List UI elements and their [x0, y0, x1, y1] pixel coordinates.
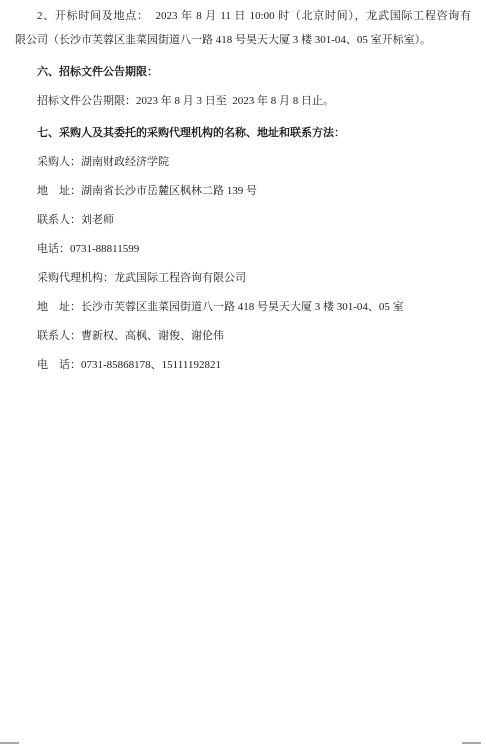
agency-address-line: 地 址：长沙市芙蓉区韭菜园街道八一路 418 号昊天大厦 3 楼 301-04、… — [15, 295, 471, 319]
purchaser-contact-line: 联系人：刘老师 — [15, 208, 471, 232]
section-heading-tender-notice-period: 六、招标文件公告期限： — [15, 60, 471, 84]
agency-phone-line: 电 话：0731-85868178、15111192821 — [15, 353, 471, 377]
agency-line: 采购代理机构：龙武国际工程咨询有限公司 — [15, 266, 471, 290]
document-page: 2、开标时间及地点： 2023 年 8 月 11 日 10:00 时（北京时间）… — [0, 0, 486, 744]
opening-time-line-2: 限公司（长沙市芙蓉区韭菜园街道八一路 418 号昊天大厦 3 楼 301-04、… — [15, 28, 471, 52]
opening-time-line-1: 2、开标时间及地点： 2023 年 8 月 11 日 10:00 时（北京时间）… — [15, 4, 471, 28]
purchaser-address-line: 地 址：湖南省长沙市岳麓区枫林二路 139 号 — [15, 179, 471, 203]
purchaser-line: 采购人：湖南财政经济学院 — [15, 150, 471, 174]
notice-period-line: 招标文件公告期限：2023 年 8 月 3 日至 2023 年 8 月 8 日止… — [15, 89, 471, 113]
purchaser-phone-line: 电话：0731-88811599 — [15, 237, 471, 261]
agency-contact-line: 联系人：曹新权、高枫、谢俊、谢伦伟 — [15, 324, 471, 348]
section-heading-purchaser-agency-info: 七、采购人及其委托的采购代理机构的名称、地址和联系方法： — [15, 121, 471, 145]
